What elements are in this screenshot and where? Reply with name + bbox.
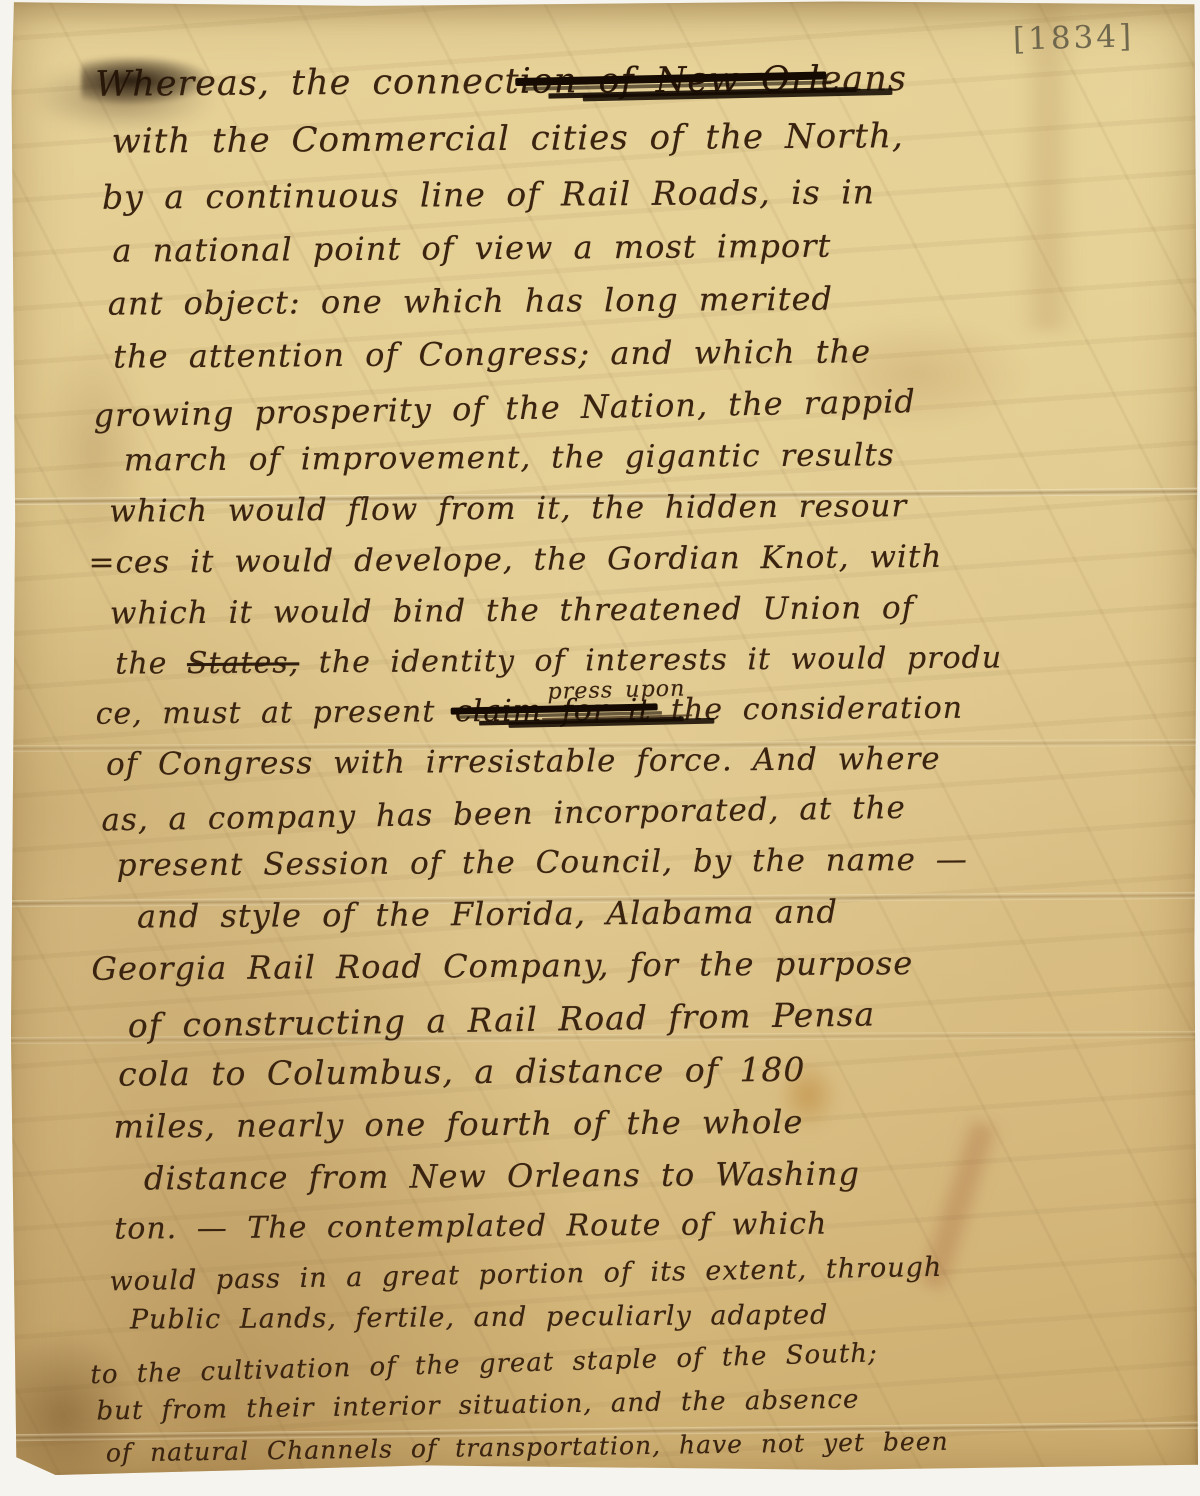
- manuscript-line-text: which would flow from it, the hidden res…: [109, 488, 907, 530]
- manuscript-line-text: present Session of the Council, by the n…: [117, 842, 968, 884]
- manuscript-line: cola to Columbus, a distance of 180: [118, 1040, 1186, 1100]
- manuscript-line-text: of natural Channels of transportation, h…: [106, 1427, 949, 1468]
- manuscript-line-text: and style of the Florida, Alabama and: [137, 893, 838, 936]
- manuscript-line: march of improvement, the gigantic resul…: [124, 428, 1182, 486]
- manuscript-line-text: of Congress with irresistable force. And…: [106, 741, 941, 783]
- manuscript-line: which it would bind the threatened Union…: [110, 581, 1183, 639]
- manuscript-line-text: with the Commercial cities of the North,: [112, 116, 904, 162]
- manuscript-line-text: of constructing a Rail Road from Pensa: [128, 994, 876, 1045]
- manuscript-line: with the Commercial cities of the North,: [111, 106, 1179, 169]
- manuscript-line-text: , the connect: [258, 62, 520, 104]
- manuscript-line-text: would pass in a great portion of its ext…: [109, 1252, 942, 1298]
- manuscript-line-text: the consideration: [651, 691, 963, 728]
- manuscript-line-text: ton. — The contemplated Route of which: [114, 1207, 827, 1247]
- manuscript-text: Whereas, the connection of New Orleanswi…: [81, 48, 1189, 1471]
- manuscript-line-text: the attention of Congress; and which the: [113, 332, 871, 375]
- manuscript-line-text: =ces it would develope, the Gordian Knot…: [88, 539, 942, 581]
- inserted-text: press upon: [541, 663, 692, 720]
- manuscript-line: miles, nearly one fourth of the whole: [113, 1093, 1186, 1152]
- manuscript-line: =ces it would develope, the Gordian Knot…: [88, 530, 1182, 589]
- strikethrough-text: States,: [187, 645, 299, 681]
- manuscript-line-text: as, a company has been incorporated, at …: [101, 790, 906, 839]
- manuscript-line: a national point of view a most import: [112, 217, 1180, 277]
- manuscript-line-text: distance from New Orleans to Washing: [144, 1154, 860, 1197]
- manuscript-line: Whereas, the connection of New Orleans: [95, 48, 1179, 114]
- manuscript-line: ce, must at present claim for it the con…: [96, 682, 1184, 740]
- ink-blot: Whereas: [95, 64, 258, 105]
- manuscript-line-text: ant object: one which has long merited: [108, 280, 833, 323]
- manuscript-line: by a continuous line of Rail Roads, is i…: [102, 162, 1180, 225]
- manuscript-line-text: which it would bind the threatened Union…: [110, 590, 914, 632]
- manuscript-line-text: Public Lands, fertile, and peculiarly ad…: [130, 1300, 829, 1336]
- manuscript-line-text: ce, must at present: [96, 694, 455, 732]
- manuscript-line-text: eans: [821, 59, 907, 100]
- manuscript-page: [1834] Whereas, the connection of New Or…: [8, 0, 1198, 1478]
- manuscript-line-text: growing prosperity of the Nation, the ra…: [93, 382, 916, 434]
- manuscript-line-text: Georgia Rail Road Company, for the purpo…: [91, 944, 913, 988]
- strikethrough-text: ion of New Orl: [519, 60, 820, 102]
- manuscript-line: present Session of the Council, by the n…: [117, 833, 1185, 890]
- manuscript-line-text: by a continuous line of Rail Roads, is i…: [102, 172, 875, 216]
- manuscript-line-text: miles, nearly one fourth of the whole: [113, 1103, 803, 1146]
- manuscript-line-text: march of improvement, the gigantic resul…: [124, 437, 895, 478]
- manuscript-line-text: a national point of view a most import: [112, 227, 831, 270]
- manuscript-line: and style of the Florida, Alabama and: [137, 883, 1185, 942]
- manuscript-line-text: cola to Columbus, a distance of 180: [118, 1050, 805, 1094]
- manuscript-line: which would flow from it, the hidden res…: [109, 479, 1182, 537]
- manuscript-line-text: but from their interior situation, and t…: [96, 1385, 859, 1427]
- manuscript-line: distance from New Orleans to Washing: [144, 1145, 1187, 1204]
- manuscript-line-text: the: [115, 646, 187, 681]
- manuscript-line: ant object: one which has long merited: [108, 270, 1181, 330]
